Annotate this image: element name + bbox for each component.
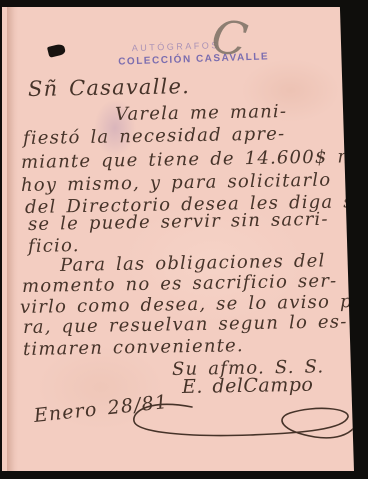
letter-line: fiestó la necesidad apre- xyxy=(23,125,286,148)
letter-page: AUTÓGRAFOS COLECCIÓN CASAVALLE C Sñ Casa… xyxy=(2,7,354,471)
ink-blot xyxy=(47,43,66,58)
letter-line: miante que tiene de 14.600$ m/n xyxy=(21,148,368,172)
scan-background: AUTÓGRAFOS COLECCIÓN CASAVALLE C Sñ Casa… xyxy=(0,0,368,479)
letter-line: ra, que resuelvan segun lo es- xyxy=(23,313,348,337)
letter-line: timaren conveniente. xyxy=(23,337,244,359)
letter-line: Varela me mani- xyxy=(115,103,288,124)
signature: E. delCampo xyxy=(182,376,314,397)
letter-salutation: Sñ Casavalle. xyxy=(28,76,190,100)
letter-line: ficio. xyxy=(28,237,80,256)
letter-line: se le puede servir sin sacri- xyxy=(28,211,329,234)
paper-fold-edge xyxy=(7,7,18,471)
date-line: Enero 28/81 xyxy=(33,393,169,426)
stamp-line-2: COLECCIÓN CASAVALLE xyxy=(118,52,269,67)
